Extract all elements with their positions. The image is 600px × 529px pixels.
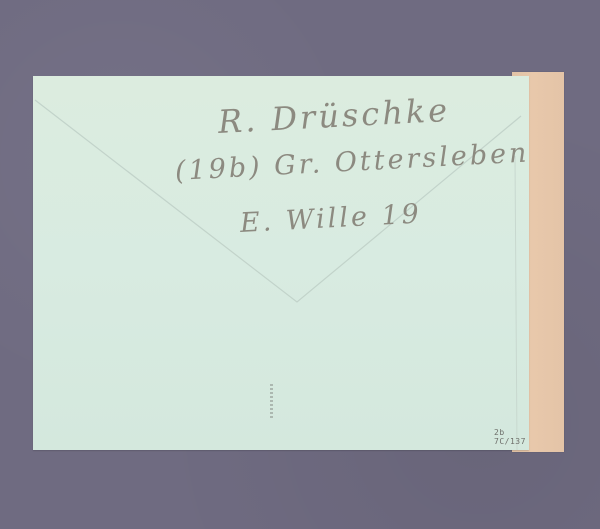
pencil-note: 2b 7C/137 [494,428,529,446]
envelope-back: R. Drüschke (19b) Gr. Ottersleben E. Wil… [33,76,529,450]
printer-mark [270,384,273,420]
